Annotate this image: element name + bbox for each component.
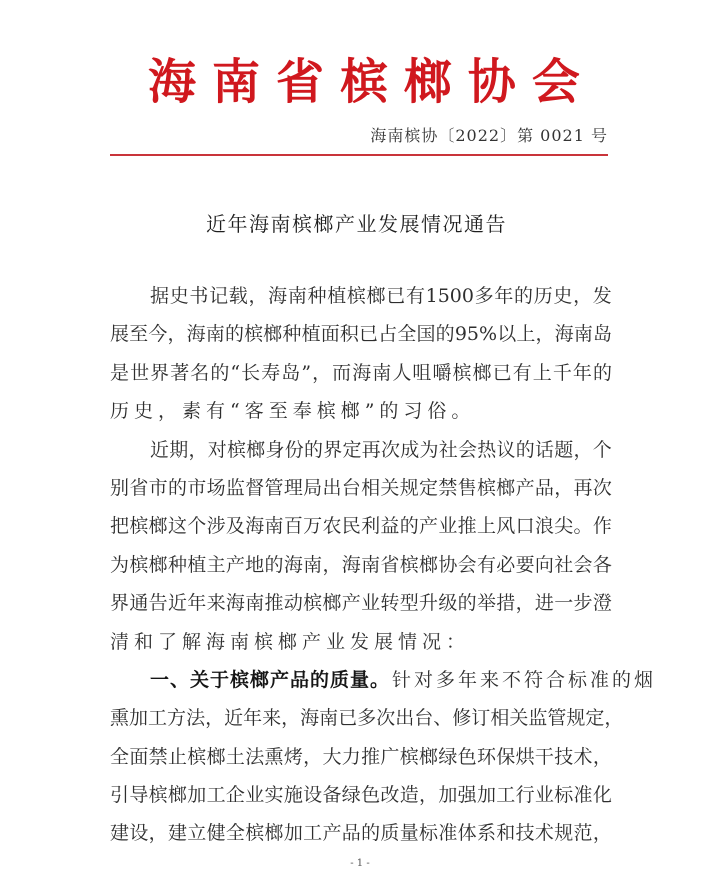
page-number: - 1 - <box>0 858 720 869</box>
paragraph-line: 别省市的市场监督管理局出台相关规定禁售槟榔产品，再次 <box>110 469 612 507</box>
section-heading-line: 一、关于槟榔产品的质量。 针对多年来不符合标准的烟 <box>110 661 612 699</box>
document-body: 据史书记载，海南种植槟榔已有1500多年的历史，发 展至今，海南的槟榔种植面积已… <box>110 277 612 853</box>
paragraph-line: 为槟榔种植主产地的海南，海南省槟榔协会有必要向社会各 <box>110 546 612 584</box>
document-title: 近年海南槟榔产业发展情况通告 <box>206 209 512 239</box>
document-page: 海 南 省 槟 榔 协 会 海南槟协〔2022〕第 0021 号 近年海南槟榔产… <box>0 0 720 889</box>
section-heading: 一、关于槟榔产品的质量。 <box>150 661 390 699</box>
paragraph-line: 据史书记载，海南种植槟榔已有1500多年的历史，发 <box>110 277 612 315</box>
section-heading-rest: 针对多年来不符合标准的烟 <box>392 661 656 699</box>
paragraph-line: 把槟榔这个涉及海南百万农民利益的产业推上风口浪尖。作 <box>110 507 612 545</box>
paragraph-line: 历史，素有“客至奉槟榔”的习俗。 <box>110 392 612 430</box>
letterhead-divider <box>110 154 608 156</box>
paragraph-line: 建设，建立健全槟榔加工产品的质量标准体系和技术规范， <box>110 814 612 852</box>
org-name-char: 南 <box>212 52 260 112</box>
paragraph-line: 熏加工方法，近年来，海南已多次出台、修订相关监管规定， <box>110 699 612 737</box>
org-name-char: 海 <box>148 52 196 112</box>
paragraph-line: 展至今，海南的槟榔种植面积已占全国的95%以上，海南岛 <box>110 315 612 353</box>
org-name-char: 省 <box>276 52 324 112</box>
org-name-char: 会 <box>532 52 580 112</box>
paragraph-line: 引导槟榔加工企业实施设备绿色改造，加强加工行业标准化 <box>110 776 612 814</box>
paragraph-line: 近期，对槟榔身份的界定再次成为社会热议的话题，个 <box>110 431 612 469</box>
document-number: 海南槟协〔2022〕第 0021 号 <box>370 124 608 148</box>
paragraph-line: 清和了解海南槟榔产业发展情况： <box>110 623 612 661</box>
org-name-char: 槟 <box>340 52 388 112</box>
letterhead-org-name: 海 南 省 槟 榔 协 会 <box>148 52 580 112</box>
paragraph-line: 全面禁止槟榔土法熏烤，大力推广槟榔绿色环保烘干技术， <box>110 738 612 776</box>
paragraph-line: 是世界著名的“长寿岛”，而海南人咀嚼槟榔已有上千年的 <box>110 354 612 392</box>
paragraph-line: 界通告近年来海南推动槟榔产业转型升级的举措，进一步澄 <box>110 584 612 622</box>
org-name-char: 榔 <box>404 52 452 112</box>
org-name-char: 协 <box>468 52 516 112</box>
